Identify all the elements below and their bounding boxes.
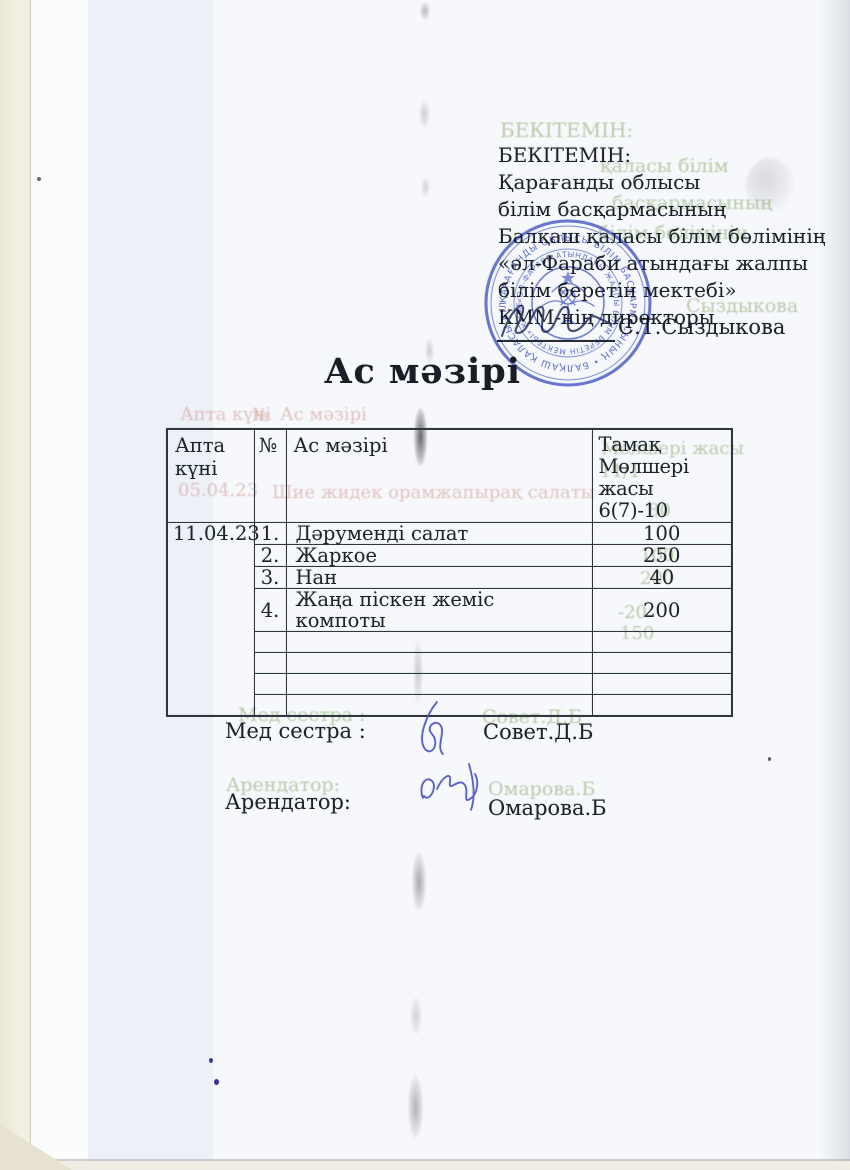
dish-cell: Жаркое	[286, 545, 592, 567]
dish-cell: Жаңа піскен жеміс компоты	[286, 589, 592, 632]
scanned-document-page: БЕКІТЕМІН: қаласы білім басқармасының бі…	[0, 0, 850, 1170]
tenant-name: Омарова.Б	[488, 796, 607, 820]
approval-line: Қарағанды облысы	[498, 169, 798, 196]
nurse-name: Совет.Д.Б	[483, 720, 593, 744]
stamp-emblem	[542, 271, 594, 324]
page-title: Ас мәзірі	[324, 351, 521, 392]
num-cell: 3.	[254, 567, 286, 589]
amount-cell: 250	[592, 545, 732, 567]
date-cell: 11.04.23	[167, 523, 254, 716]
table-header-row: Апта күні № Ас мәзірі Тамақ Мөлшері жасы…	[167, 429, 732, 523]
header-menu: Ас мәзірі	[286, 429, 592, 523]
tenant-signature	[415, 758, 491, 816]
header-amount-line: 6(7)-10	[599, 500, 728, 522]
dish-cell: Нан	[286, 567, 592, 589]
nurse-label: Мед сестра :	[225, 719, 366, 743]
document-content: БЕКІТЕМІН: Қарағанды облысы білім басқар…	[0, 0, 850, 1170]
menu-table: Апта күні № Ас мәзірі Тамақ Мөлшері жасы…	[166, 428, 733, 717]
num-cell: 4.	[254, 589, 286, 632]
amount-cell: 100	[592, 523, 732, 545]
header-amount-line: Тамақ	[599, 434, 728, 456]
nurse-signature	[405, 696, 463, 760]
approval-heading: БЕКІТЕМІН:	[498, 142, 798, 169]
header-amount-line: Мөлшері жасы	[599, 456, 728, 500]
amount-cell: 40	[592, 567, 732, 589]
header-number: №	[254, 429, 286, 523]
num-cell: 2.	[254, 545, 286, 567]
table-row: 11.04.23 1. Дәруменді салат 100	[167, 523, 732, 545]
header-amount: Тамақ Мөлшері жасы 6(7)-10	[592, 429, 732, 523]
tenant-label: Арендатор:	[225, 790, 351, 814]
header-day: Апта күні	[167, 429, 254, 523]
amount-cell: 200	[592, 589, 732, 632]
dish-cell: Дәруменді салат	[286, 523, 592, 545]
